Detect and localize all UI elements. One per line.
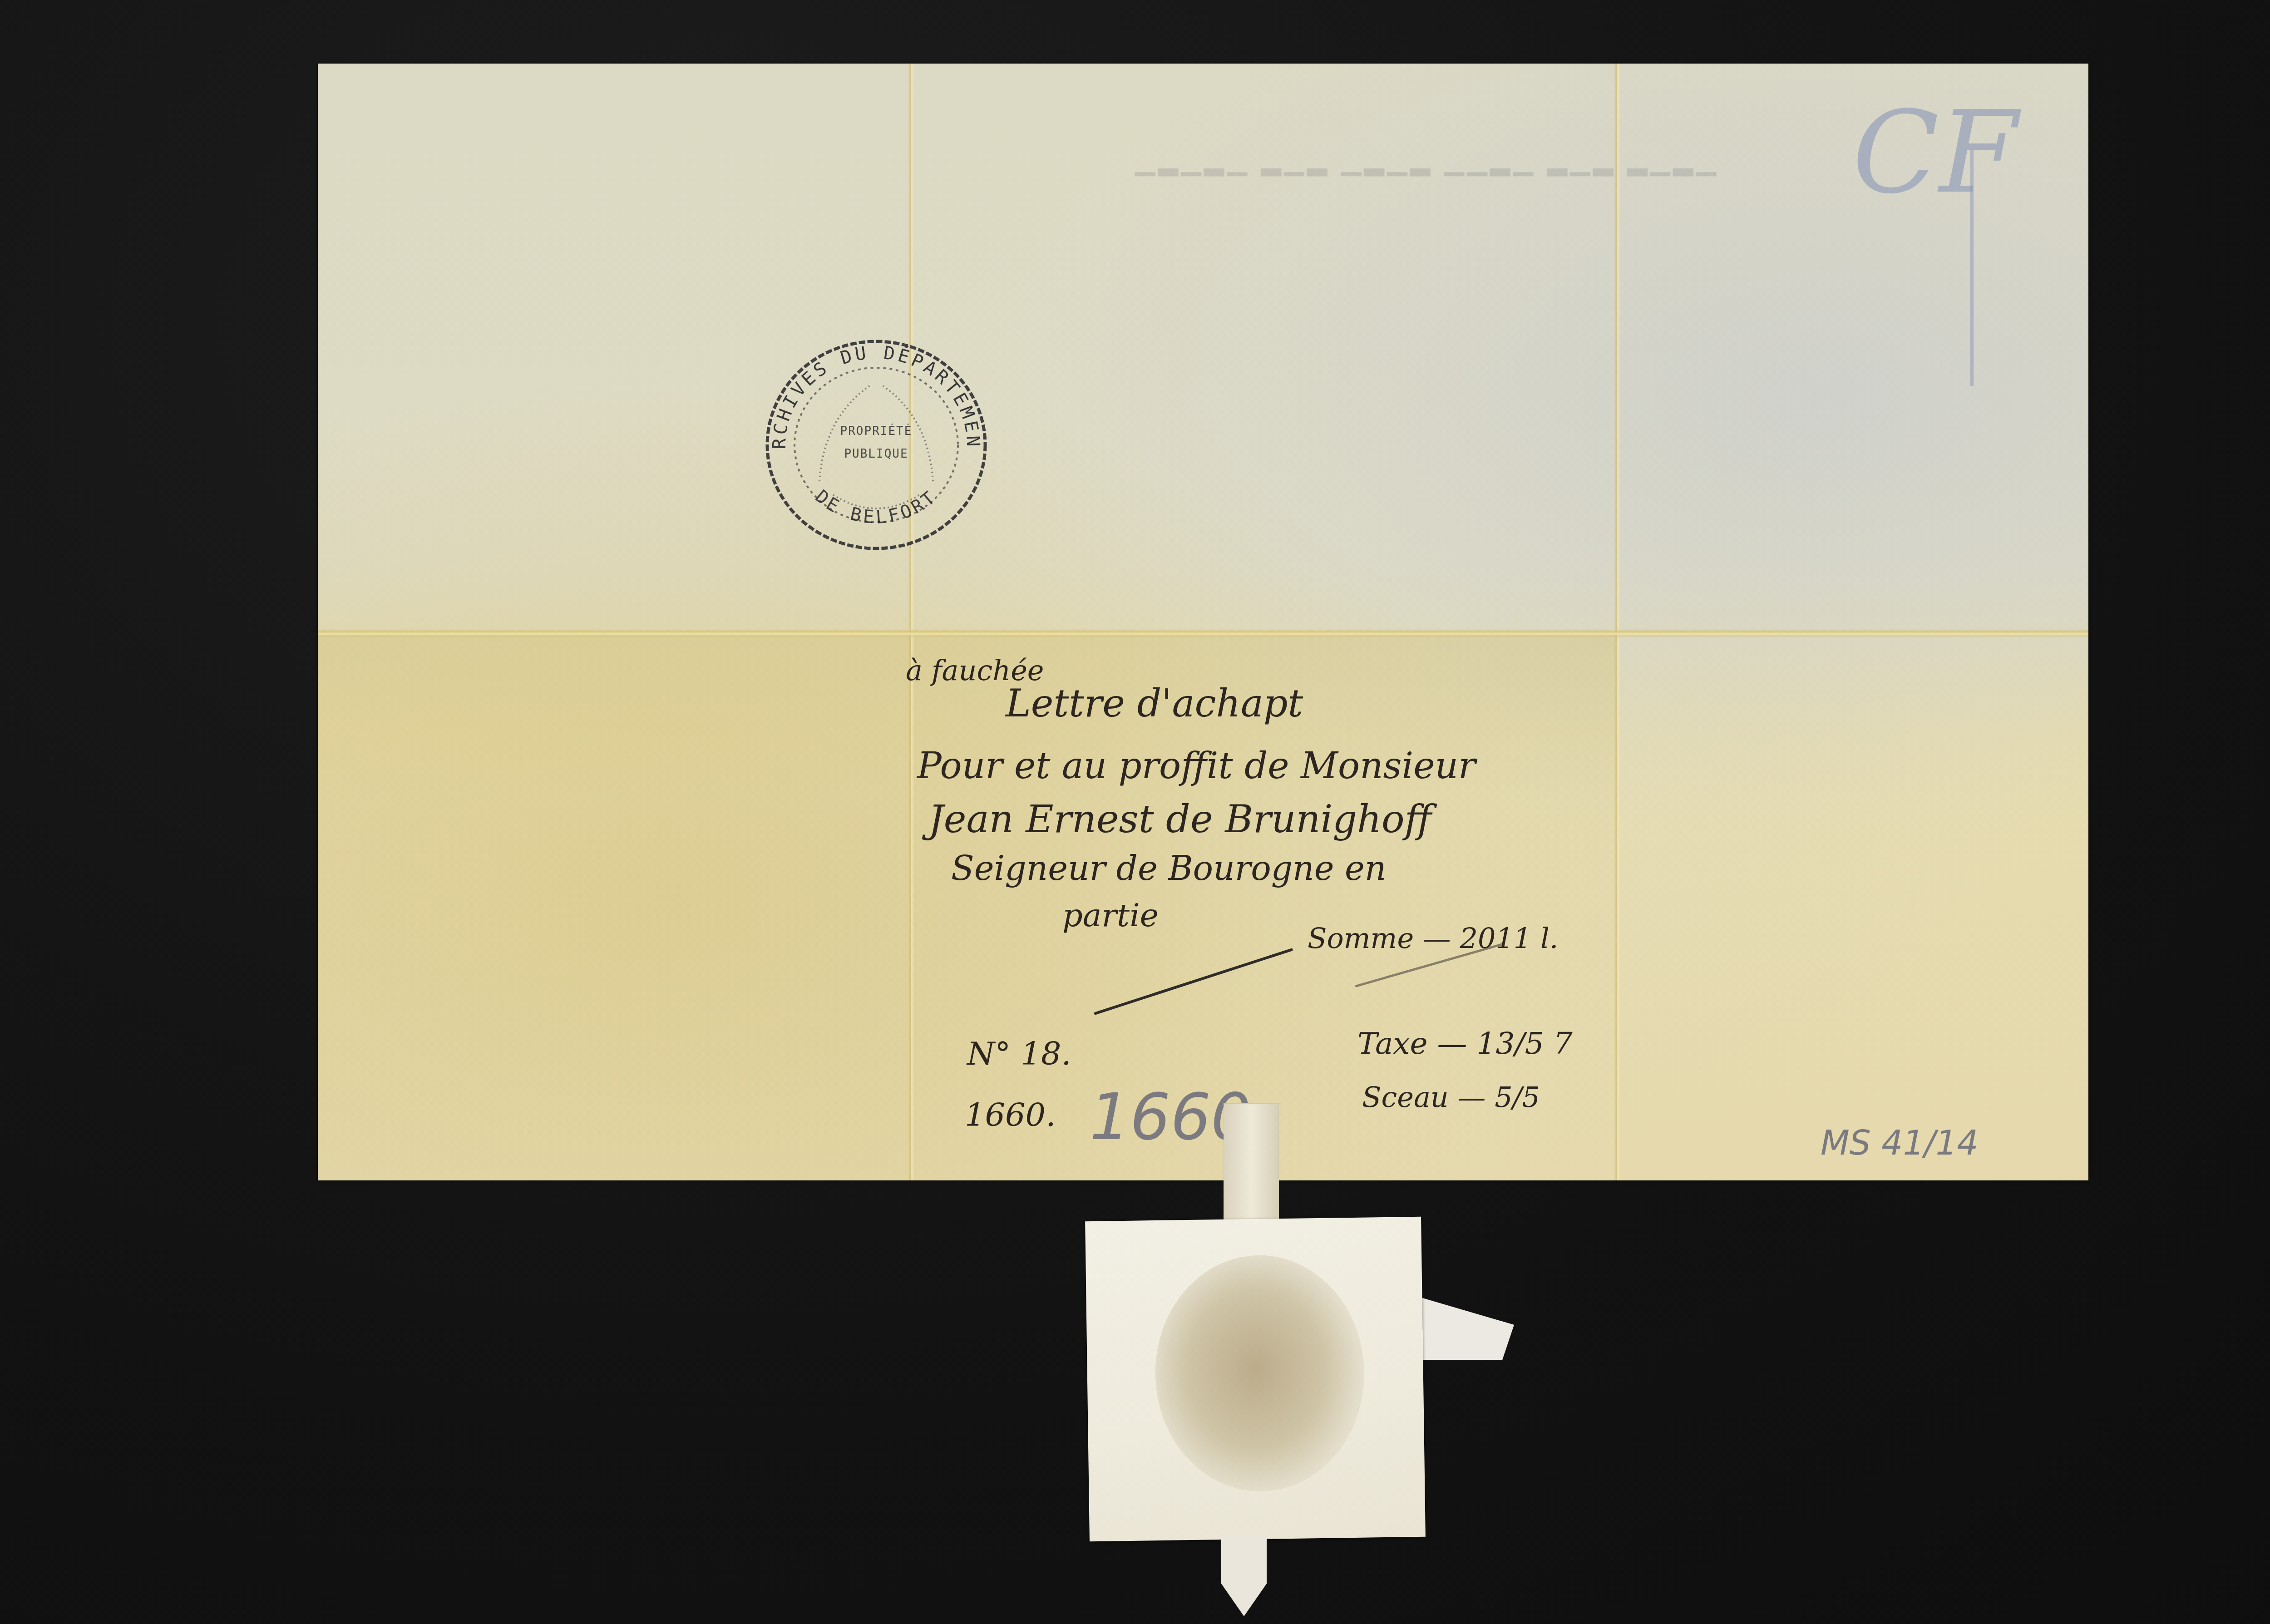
lower-left-panel-stain bbox=[318, 633, 910, 1180]
bleed-through-text: ▁▂▁▂ ▂▁▂ ▁▂▁▁ ▂▁▂▁ ▂▁▂ ▁▂▁▂▁ bbox=[400, 145, 1716, 176]
blue-monogram: CF bbox=[1852, 86, 2018, 218]
vertical-fold-right bbox=[1614, 64, 1620, 1180]
endorsement-taxe: Taxe — 13/5 7 bbox=[1357, 1026, 1573, 1061]
endorsement-line-3: Seigneur de Bourogne en bbox=[951, 849, 1387, 888]
archive-stamp: ARCHIVES DU DÉPARTEMENT DE BELFORT PROPR… bbox=[756, 331, 997, 558]
endorsement-line-2: Jean Ernest de Brunighoff bbox=[928, 797, 1431, 841]
horizontal-fold bbox=[318, 629, 2088, 637]
seal-cover bbox=[1085, 1217, 1426, 1541]
endorsement-line-1: Pour et au proffit de Monsieur bbox=[917, 745, 1475, 787]
seal-parchment-tag bbox=[1224, 1103, 1279, 1236]
stamp-center-line-2: PUBLIQUE bbox=[756, 447, 997, 461]
vertical-fold-left bbox=[908, 64, 914, 1180]
endorsement-sceau: Sceau — 5/5 bbox=[1362, 1081, 1540, 1114]
wax-seal-impression bbox=[1154, 1254, 1366, 1493]
stamp-center-line-1: PROPRIÉTÉ bbox=[756, 425, 997, 438]
stamp-ring-icon: ARCHIVES DU DÉPARTEMENT DE BELFORT bbox=[756, 331, 997, 558]
document-number: N° 18. bbox=[967, 1035, 1071, 1072]
shelfmark-pencil: MS 41/14 bbox=[1821, 1124, 1979, 1163]
endorsement-amount: Somme — 2011 l. bbox=[1308, 922, 1559, 955]
parchment-sheet: ▁▂▁▂ ▂▁▂ ▁▂▁▁ ▂▁▂▁ ▂▁▂ ▁▂▁▂▁ bbox=[318, 64, 2088, 1180]
endorsement-title: Lettre d'achapt bbox=[1006, 681, 1303, 726]
monogram-stem bbox=[1970, 150, 1974, 386]
endorsement-line-4: partie bbox=[1062, 897, 1159, 934]
svg-text:DE BELFORT: DE BELFORT bbox=[811, 486, 941, 528]
year-ink: 1660. bbox=[965, 1096, 1056, 1134]
